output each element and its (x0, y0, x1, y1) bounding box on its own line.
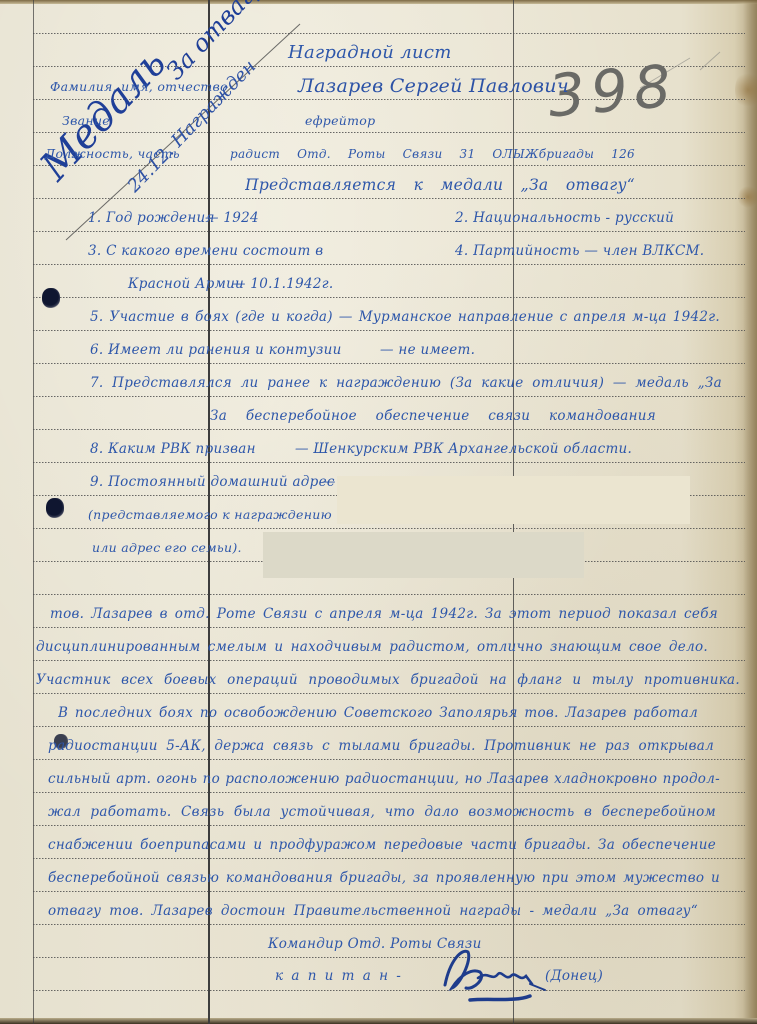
rank-label: Звание (62, 111, 110, 131)
award-sheet-page: Медаль За отвагу 24.12. Награжден 398 На… (0, 0, 757, 1024)
nominated-for: Представляется к медали „За отвагу“ (245, 175, 635, 195)
wounds-label: 6. Имеет ли ранения и контузии (90, 340, 342, 360)
document-title: Наградной лист (288, 42, 452, 64)
address-label-cont2: или адрес его семьи). (92, 538, 242, 558)
commander-name: (Донец) (545, 966, 603, 986)
drafted-value: — Шенкурским РВК Архангельской области. (295, 439, 632, 459)
nationality: 2. Национальность - русский (455, 208, 674, 228)
service-since-value: — 10.1.1942г. (232, 274, 334, 294)
commander-rank: к а п и т а н - (275, 966, 403, 986)
narrative-line: Участник всех боевых операций проводимых… (36, 670, 740, 690)
narrative-line: сильный арт. огонь по расположению радио… (48, 769, 720, 789)
address-label-cont1: (представляемого к награждению (88, 505, 332, 525)
previous-awards-reason: За бесперебойное обеспечение связи коман… (210, 406, 656, 426)
birth-year-label: 1. Год рождения (88, 208, 215, 228)
position-label: Должность, часть (45, 144, 180, 164)
narrative-line: отвагу тов. Лазарев достоин Правительств… (48, 901, 698, 921)
party: 4. Партийность — член ВЛКСМ. (455, 241, 704, 261)
narrative-line: тов. Лазарев в отд. Роте Связи с апреля … (50, 604, 718, 624)
signature-icon (445, 951, 545, 1000)
address-label: 9. Постоянный домашний адрес (90, 472, 335, 492)
birth-year-value: — 1924 (205, 208, 259, 228)
narrative-line: радиостанции 5-АК, держа связь с тылами … (48, 736, 714, 756)
drafted-label: 8. Каким РВК призван (90, 439, 256, 459)
name-value: Лазарев Сергей Павлович (298, 74, 569, 98)
name-label: Фамилия, имя, отчество (50, 77, 228, 97)
narrative-line: дисциплинированным смелым и находчивым р… (36, 637, 708, 657)
narrative-line: жал работать. Связь была устойчивая, что… (48, 802, 716, 822)
previous-awards: 7. Представлялся ли ранее к награждению … (90, 373, 722, 393)
battles: 5. Участие в боях (где и когда) — Мурман… (90, 307, 720, 327)
redacted-address-block (263, 532, 584, 578)
position-value: радист Отд. Роты Связи 31 ОЛЫЖбригады 12… (230, 144, 635, 164)
redacted-address-block (337, 476, 690, 524)
wounds-value: — не имеет. (380, 340, 475, 360)
narrative-line: бесперебойной связью командования бригад… (48, 868, 720, 888)
service-since-label: 3. С какого времени состоит в (88, 241, 323, 261)
commander-title: Командир Отд. Роты Связи (268, 934, 482, 954)
address-dash: — (322, 472, 336, 492)
service-since-label-cont: Красной Армии (128, 274, 244, 294)
narrative-line: снабжении боеприпасами и продфуражом пер… (48, 835, 716, 855)
narrative-line: В последних боях по освобождению Советск… (58, 703, 698, 723)
rank-value: ефрейтор (305, 111, 375, 131)
